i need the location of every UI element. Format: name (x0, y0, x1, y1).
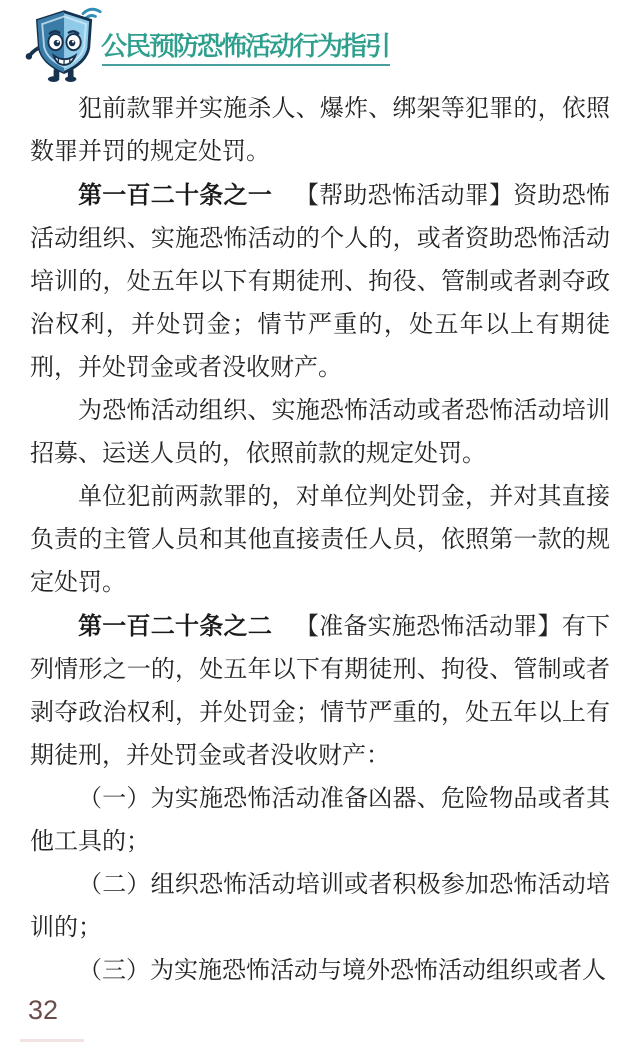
article-number-label: 第一百二十条之一 (78, 181, 272, 209)
paragraph: （二）组织恐怖活动培训或者积极参加恐怖活动培训的； (30, 864, 610, 950)
paragraph-text: （二）组织恐怖活动培训或者积极参加恐怖活动培训的； (30, 872, 610, 941)
paragraph-text: 【帮助恐怖活动罪】资助恐怖活动组织、实施恐怖活动的个人的，或者资助恐怖活动培训的… (30, 183, 610, 381)
paragraph: （一）为实施恐怖活动准备凶器、危险物品或者其他工具的； (30, 778, 610, 864)
paragraph-text: 为恐怖活动组织、实施恐怖活动或者恐怖活动培训招募、运送人员的，依照前款的规定处罚… (30, 398, 610, 467)
footer-rule (20, 1039, 84, 1042)
page-header: 公民预防恐怖活动行为指引 (0, 0, 640, 84)
page-title: 公民预防恐怖活动行为指引 (101, 26, 389, 63)
body-text: 犯前款罪并实施杀人、爆炸、绑架等犯罪的，依照数罪并罚的规定处罚。 第一百二十条之… (30, 88, 610, 993)
paragraph: （三）为实施恐怖活动与境外恐怖活动组织或者人 (30, 950, 610, 993)
paragraph-text: （一）为实施恐怖活动准备凶器、危险物品或者其他工具的； (30, 786, 610, 855)
title-underline (102, 64, 390, 66)
document-page: 公民预防恐怖活动行为指引 犯前款罪并实施杀人、爆炸、绑架等犯罪的，依照数罪并罚的… (0, 0, 640, 1048)
shield-mascot-icon (22, 6, 108, 82)
paragraph-text: （三）为实施恐怖活动与境外恐怖活动组织或者人 (78, 958, 606, 984)
paragraph-text: 单位犯前两款罪的，对单位判处罚金，并对其直接负责的主管人员和其他直接责任人员，依… (30, 484, 610, 596)
article-number-label: 第一百二十条之二 (78, 612, 272, 640)
paragraph: 犯前款罪并实施杀人、爆炸、绑架等犯罪的，依照数罪并罚的规定处罚。 (30, 88, 610, 174)
page-number: 32 (28, 995, 58, 1026)
paragraph: 第一百二十条之二【准备实施恐怖活动罪】有下列情形之一的，处五年以下有期徒刑、拘役… (30, 605, 610, 778)
paragraph-text: 犯前款罪并实施杀人、爆炸、绑架等犯罪的，依照数罪并罚的规定处罚。 (30, 96, 610, 165)
paragraph: 为恐怖活动组织、实施恐怖活动或者恐怖活动培训招募、运送人员的，依照前款的规定处罚… (30, 390, 610, 476)
paragraph: 第一百二十条之一【帮助恐怖活动罪】资助恐怖活动组织、实施恐怖活动的个人的，或者资… (30, 174, 610, 390)
paragraph: 单位犯前两款罪的，对单位判处罚金，并对其直接负责的主管人员和其他直接责任人员，依… (30, 476, 610, 605)
